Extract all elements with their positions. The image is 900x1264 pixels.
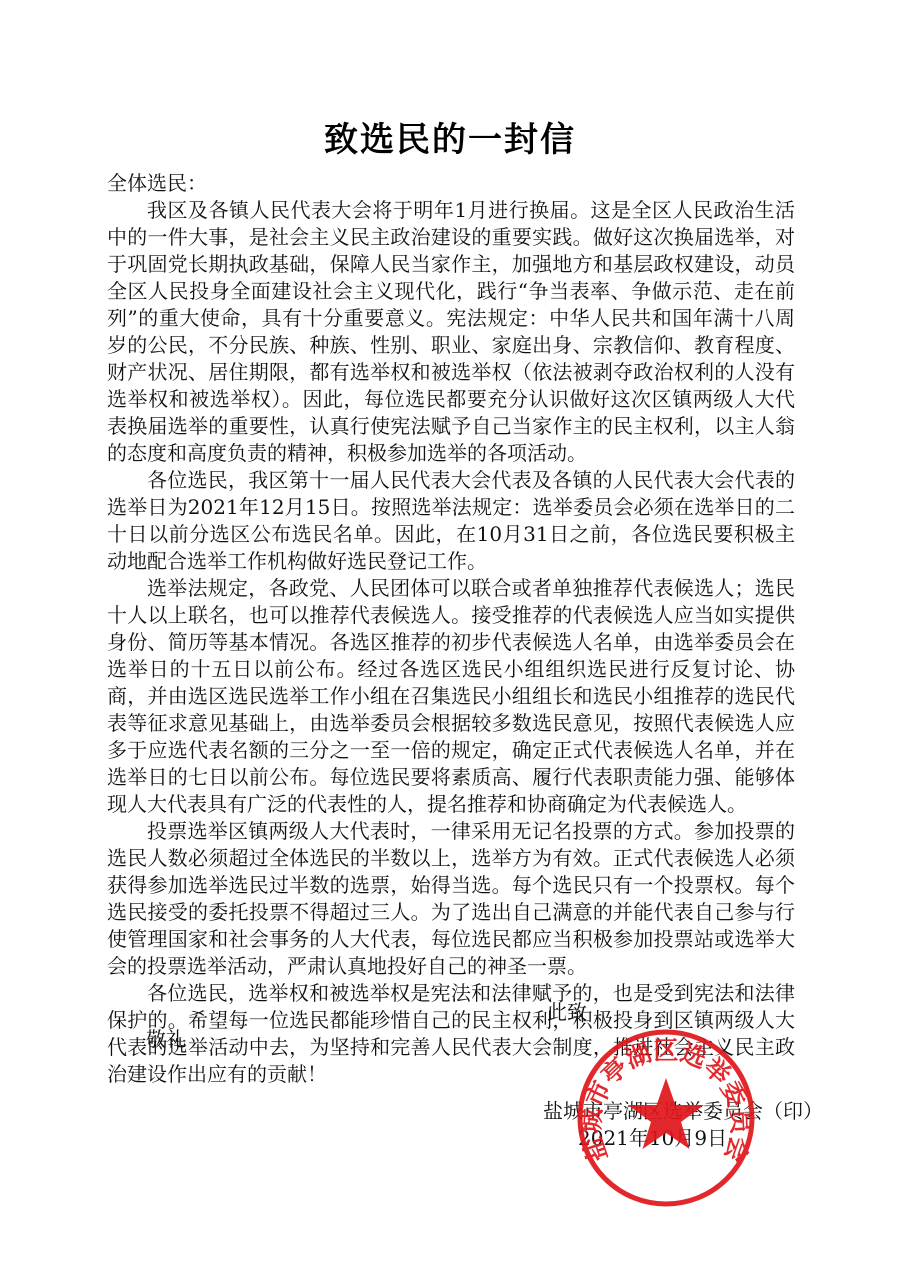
paragraph-2: 各位选民，我区第十一届人民代表大会代表及各镇的人民代表大会代表的选举日为2021… [107, 467, 795, 575]
letter-body: 全体选民： 我区及各镇人民代表大会将于明年1月进行换届。这是全区人民政治生活中的… [107, 170, 795, 1088]
page-title: 致选民的一封信 [0, 112, 900, 161]
official-seal: 盐城市亭湖区选举委员会 [576, 1028, 756, 1208]
closing-jing-li: 敬礼 [146, 1023, 186, 1052]
letter-page: 致选民的一封信 全体选民： 我区及各镇人民代表大会将于明年1月进行换届。这是全区… [0, 0, 900, 1264]
salutation: 全体选民： [107, 170, 795, 197]
star-icon [628, 1078, 704, 1149]
paragraph-4: 投票选举区镇两级人大代表时，一律采用无记名投票的方式。参加投票的选民人数必须超过… [107, 818, 795, 980]
closing-ci-zhi: 此致 [547, 996, 587, 1025]
paragraph-3: 选举法规定，各政党、人民团体可以联合或者单独推荐代表候选人；选民十人以上联名，也… [107, 575, 795, 818]
paragraph-1: 我区及各镇人民代表大会将于明年1月进行换届。这是全区人民政治生活中的一件大事，是… [107, 197, 795, 467]
